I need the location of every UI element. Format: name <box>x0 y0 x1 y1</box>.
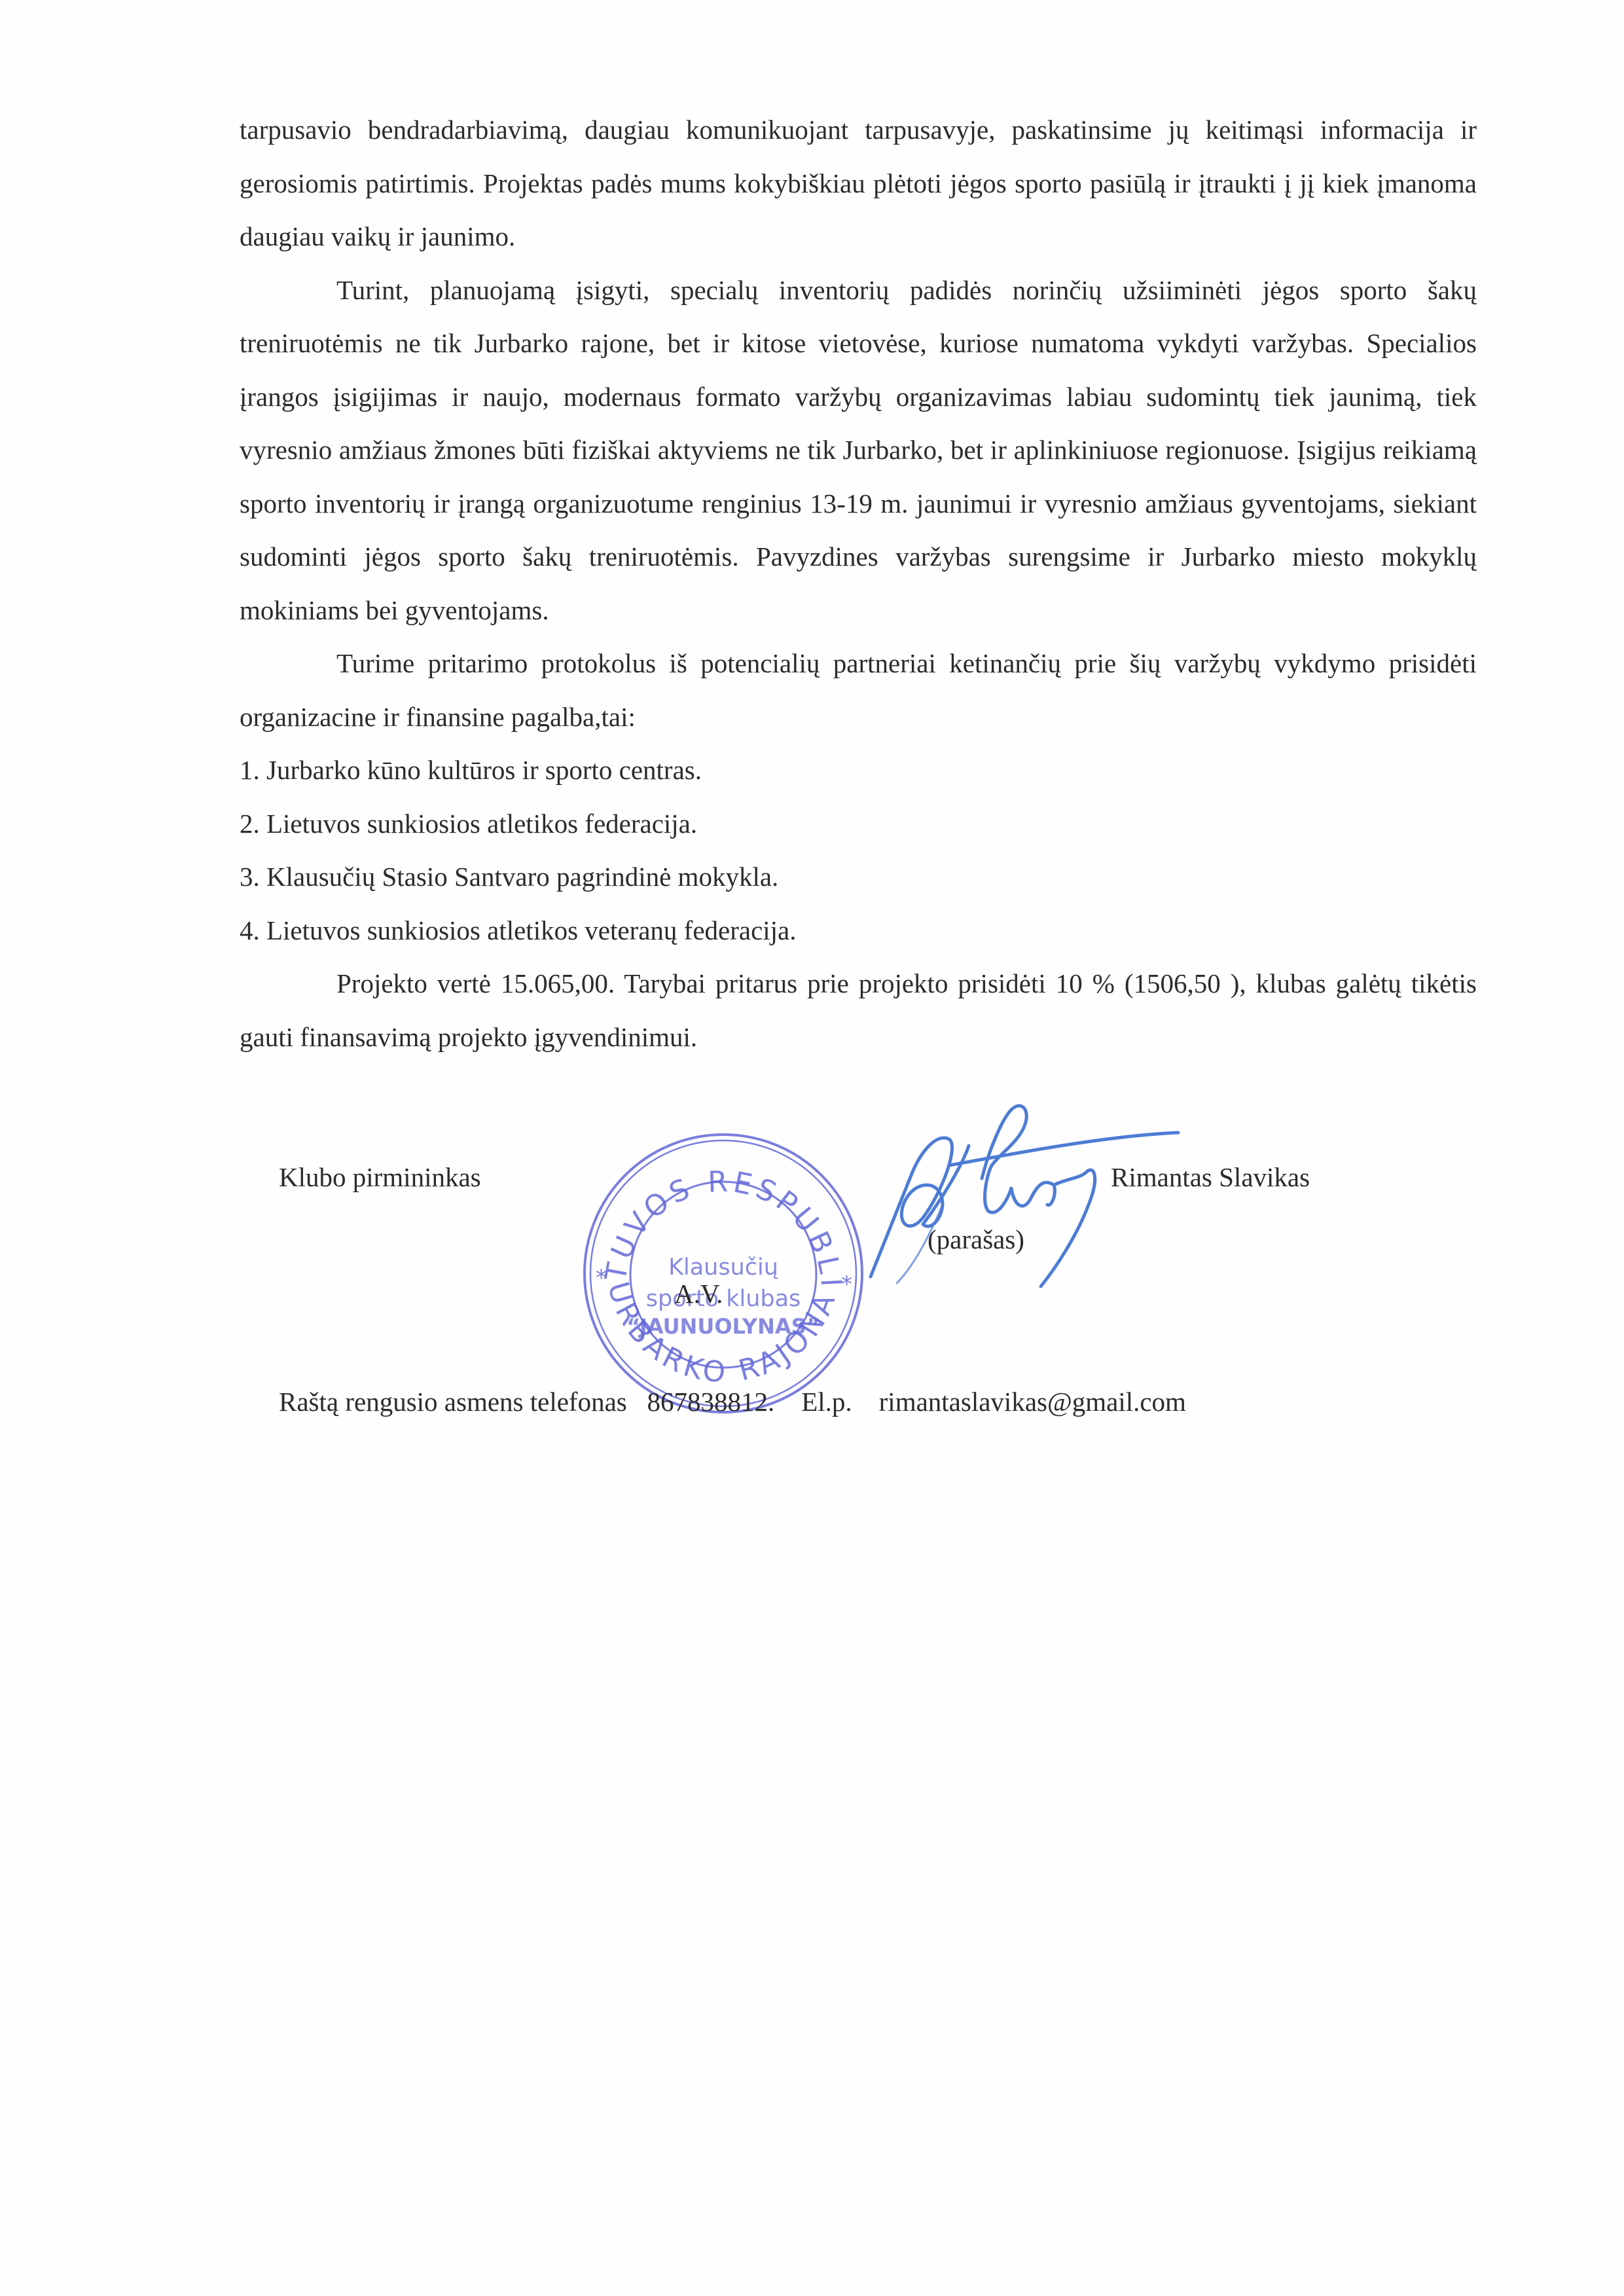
contact-phone: 867838812. <box>647 1387 774 1417</box>
stamp-star-right: * <box>841 1271 852 1298</box>
stamp-inner-line-2: sporto klubas <box>646 1286 801 1312</box>
contact-label: Raštą rengusio asmens telefonas <box>279 1387 627 1417</box>
stamp-inner-line-1: Klausučių <box>668 1254 778 1281</box>
document-page: tarpusavio bendradarbiavimą, daugiau kom… <box>0 0 1624 2296</box>
seal-mark: A.V. <box>674 1278 723 1309</box>
chairman-label: Klubo pirmininkas <box>279 1161 481 1193</box>
club-stamp-icon: LIETUVOS RESPUBLIKA * * Klausučių sporto… <box>569 1123 877 1417</box>
contact-email[interactable]: rimantaslavikas@gmail.com <box>879 1387 1186 1417</box>
handwritten-signature-icon <box>857 1080 1198 1290</box>
contact-email-label: El.p. <box>801 1387 852 1417</box>
contact-line: Raštą rengusio asmens telefonas 86783881… <box>279 1386 1186 1417</box>
